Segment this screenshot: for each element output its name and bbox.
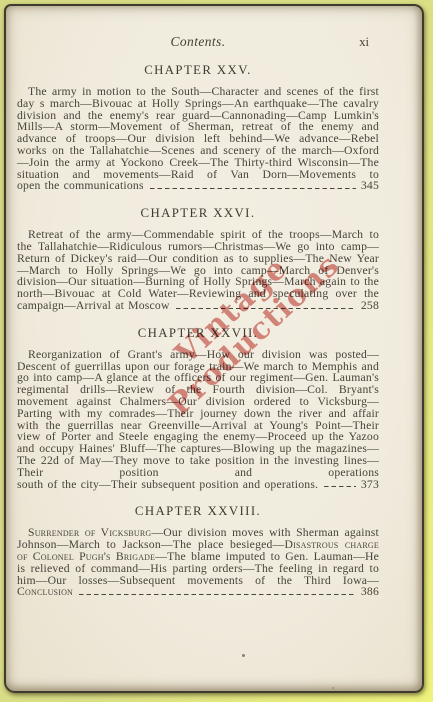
page-header: Contents. xi bbox=[17, 34, 379, 50]
dash-leader bbox=[176, 300, 356, 309]
paper-speck bbox=[332, 687, 334, 689]
dash-leader bbox=[324, 479, 356, 488]
toc-list: CHAPTER XXV.The army in motion to the So… bbox=[17, 63, 379, 598]
summary-text-segment: Conclusion bbox=[17, 585, 73, 598]
chapter-heading: CHAPTER XXVI. bbox=[17, 206, 379, 220]
summary-text-segment: south of the city—Their subsequent posit… bbox=[17, 478, 318, 491]
summary-text-segment: Reorganization of Grant's army—How our d… bbox=[17, 348, 379, 479]
last-line-text: open the communications bbox=[17, 180, 144, 192]
chapter-heading: CHAPTER XXVIII. bbox=[17, 504, 379, 518]
summary-last-line: Conclusion386 bbox=[17, 586, 379, 598]
toc-page-number: 345 bbox=[361, 180, 379, 192]
toc-entry: CHAPTER XXVI.Retreat of the army—Commend… bbox=[17, 206, 379, 312]
toc-page-number: 386 bbox=[361, 586, 379, 598]
chapter-heading: CHAPTER XXVII. bbox=[17, 326, 379, 340]
summary-text-segment: campaign—Arrival at Moscow bbox=[17, 299, 170, 312]
chapter-summary: Reorganization of Grant's army—How our d… bbox=[17, 349, 379, 479]
chapter-summary: The army in motion to the South—Characte… bbox=[17, 86, 379, 180]
paper-page: Contents. xi CHAPTER XXV.The army in mot… bbox=[4, 4, 424, 693]
toc-entry: CHAPTER XXV.The army in motion to the So… bbox=[17, 63, 379, 192]
summary-text-segment: Retreat of the army—Commendable spirit o… bbox=[17, 228, 379, 300]
folio-page-number: xi bbox=[359, 34, 369, 50]
last-line-text: campaign—Arrival at Moscow bbox=[17, 300, 170, 312]
summary-last-line: open the communications345 bbox=[17, 180, 379, 192]
chapter-summary: Surrender of Vicksburg—Our division move… bbox=[17, 527, 379, 586]
paper-speck bbox=[242, 654, 245, 657]
page-content: Contents. xi CHAPTER XXV.The army in mot… bbox=[17, 34, 379, 598]
chapter-heading: CHAPTER XXV. bbox=[17, 63, 379, 77]
chapter-summary: Retreat of the army—Commendable spirit o… bbox=[17, 229, 379, 300]
summary-text-segment: open the communications bbox=[17, 179, 144, 192]
last-line-text: Conclusion bbox=[17, 586, 73, 598]
dash-leader bbox=[79, 586, 356, 595]
scanned-book-page: { "scan": { "paper_color": "#f0ebdd", "i… bbox=[0, 0, 433, 702]
summary-text-segment: The army in motion to the South—Characte… bbox=[17, 85, 379, 181]
last-line-text: south of the city—Their subsequent posit… bbox=[17, 479, 318, 491]
dash-leader bbox=[150, 180, 356, 189]
toc-entry: CHAPTER XXVIII.Surrender of Vicksburg—Ou… bbox=[17, 504, 379, 598]
toc-page-number: 258 bbox=[361, 300, 379, 312]
running-title: Contents. bbox=[17, 34, 379, 50]
toc-entry: CHAPTER XXVII.Reorganization of Grant's … bbox=[17, 326, 379, 491]
summary-last-line: campaign—Arrival at Moscow258 bbox=[17, 300, 379, 312]
summary-last-line: south of the city—Their subsequent posit… bbox=[17, 479, 379, 491]
toc-page-number: 373 bbox=[361, 479, 379, 491]
